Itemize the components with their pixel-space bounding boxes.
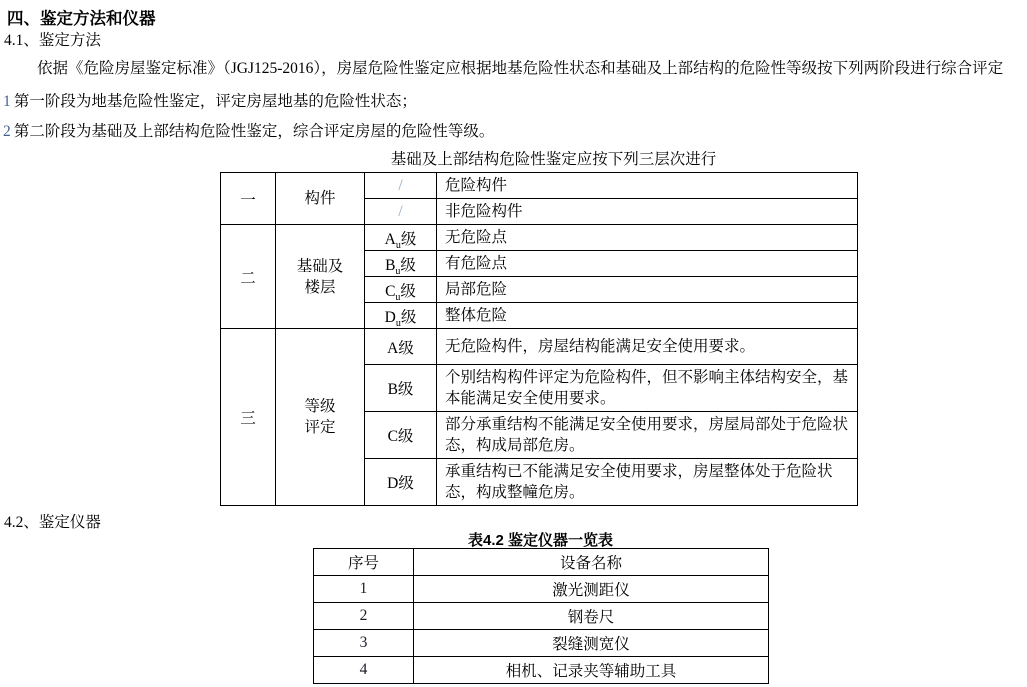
description-cell: 承重结构已不能满足安全使用要求，房屋整体处于危险状态，构成整幢危房。	[437, 459, 858, 506]
levels-table-caption: 基础及上部结构危险性鉴定应按下列三层次进行	[235, 147, 872, 169]
stage-1-text: 第一阶段为地基危险性鉴定，评定房屋地基的危险性状态；	[14, 93, 417, 110]
column-header-serial: 序号	[314, 549, 414, 576]
stage-1-line: 1 第一阶段为地基危险性鉴定，评定房屋地基的危险性状态；	[3, 89, 417, 111]
description-cell: 部分承重结构不能满足安全使用要求，房屋局部处于危险状态，构成局部危房。	[437, 412, 858, 459]
table-row: 3 裂缝测宽仪	[314, 630, 769, 657]
column-header-equipment: 设备名称	[414, 549, 769, 576]
table-row: 二 基础及 楼层 Au级 无危险点	[221, 225, 858, 251]
serial-cell: 2	[314, 603, 414, 630]
grade-cell: Du级	[365, 303, 437, 329]
grade-cell: D级	[365, 459, 437, 506]
level-numeral-cell: 三	[221, 329, 276, 506]
intro-paragraph: 依据《危险房屋鉴定标准》（JGJ125-2016），房屋危险性鉴定应根据地基危险…	[37, 56, 1027, 78]
stage-1-number: 1	[3, 93, 11, 110]
table-row: 三 等级 评定 A级 无危险构件，房屋结构能满足安全使用要求。	[221, 329, 858, 365]
section-heading: 四、鉴定方法和仪器	[7, 5, 156, 29]
table-row: 一 构件 / 危险构件	[221, 173, 858, 199]
table-row: 4 相机、记录夹等辅助工具	[314, 657, 769, 684]
grade-cell: Bu级	[365, 251, 437, 277]
equipment-cell: 钢卷尺	[414, 603, 769, 630]
level-numeral-cell: 二	[221, 225, 276, 329]
equipment-cell: 激光测距仪	[414, 576, 769, 603]
level-category-cell: 等级 评定	[276, 329, 365, 506]
grade-cell: B级	[365, 365, 437, 412]
table-row: 2 钢卷尺	[314, 603, 769, 630]
description-cell: 整体危险	[437, 303, 858, 329]
description-cell: 危险构件	[437, 173, 858, 199]
grade-cell: /	[365, 173, 437, 199]
level-category-cell: 构件	[276, 173, 365, 225]
table-row: 1 激光测距仪	[314, 576, 769, 603]
instruments-table-caption: 表4.2 鉴定仪器一览表	[313, 529, 768, 550]
equipment-cell: 裂缝测宽仪	[414, 630, 769, 657]
grade-cell: Au级	[365, 225, 437, 251]
grade-cell: C级	[365, 412, 437, 459]
grade-cell: A级	[365, 329, 437, 365]
serial-cell: 1	[314, 576, 414, 603]
grade-cell: /	[365, 199, 437, 225]
instruments-table: 序号 设备名称 1 激光测距仪 2 钢卷尺 3 裂缝测宽仪 4 相机、记录夹等辅…	[313, 548, 769, 684]
appraisal-levels-table: 一 构件 / 危险构件 / 非危险构件 二 基础及 楼层 Au级 无危险点 Bu…	[220, 172, 858, 506]
stage-2-text: 第二阶段为基础及上部结构危险性鉴定，综合评定房屋的危险性等级。	[14, 123, 495, 140]
stage-2-number: 2	[3, 123, 11, 140]
description-cell: 局部危险	[437, 277, 858, 303]
serial-cell: 4	[314, 657, 414, 684]
description-cell: 有危险点	[437, 251, 858, 277]
grade-cell: Cu级	[365, 277, 437, 303]
description-cell: 非危险构件	[437, 199, 858, 225]
stage-2-line: 2 第二阶段为基础及上部结构危险性鉴定，综合评定房屋的危险性等级。	[3, 119, 494, 141]
serial-cell: 3	[314, 630, 414, 657]
equipment-cell: 相机、记录夹等辅助工具	[414, 657, 769, 684]
document-page: { "page": { "section_title": "四、鉴定方法和仪器"…	[0, 0, 1027, 687]
table-header-row: 序号 设备名称	[314, 549, 769, 576]
description-cell: 无危险构件，房屋结构能满足安全使用要求。	[437, 329, 858, 365]
level-numeral-cell: 一	[221, 173, 276, 225]
description-cell: 无危险点	[437, 225, 858, 251]
description-cell: 个别结构构件评定为危险构件，但不影响主体结构安全，基本能满足安全使用要求。	[437, 365, 858, 412]
subsection-heading-4-2: 4.2、鉴定仪器	[4, 510, 101, 532]
subsection-heading-4-1: 4.1、鉴定方法	[4, 28, 101, 50]
level-category-cell: 基础及 楼层	[276, 225, 365, 329]
